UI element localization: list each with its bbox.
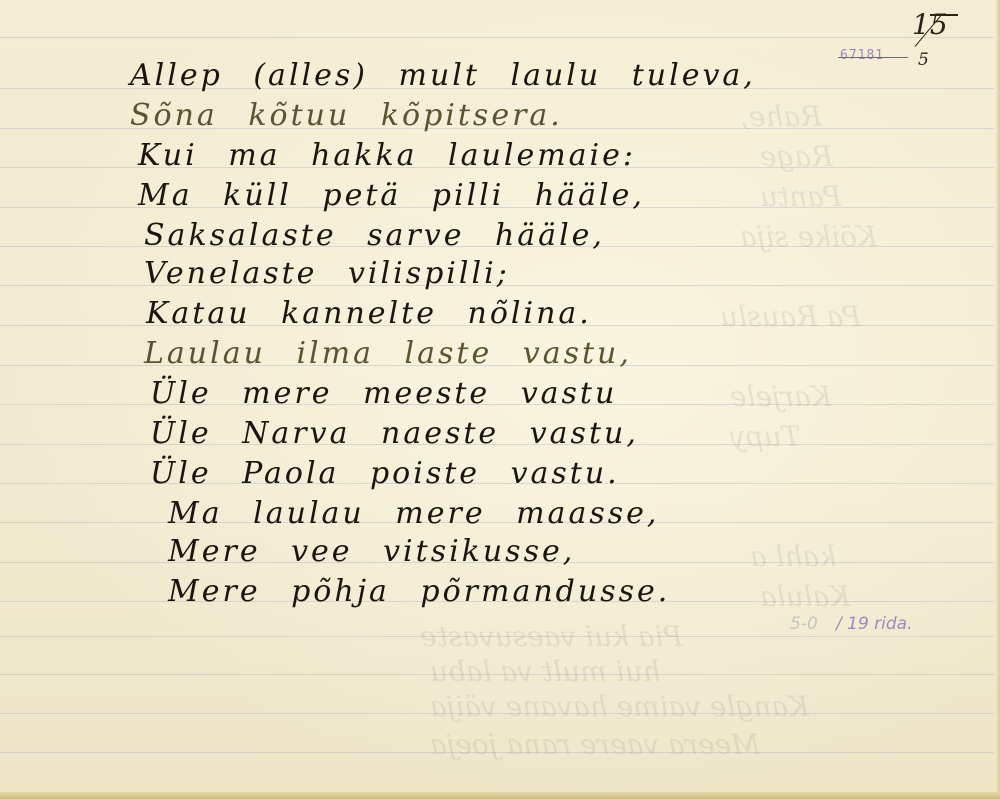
poem-line: Ma laulau mere maasse, bbox=[168, 496, 659, 531]
sub-number: 5 bbox=[918, 50, 929, 70]
poem-line: Üle Narva naeste vastu, bbox=[150, 416, 639, 451]
manuscript-page: Rahe, Rage Pantu Kõike sija Pa Rauslu Ka… bbox=[0, 0, 1000, 799]
poem-line: Laulau ilma laste vastu, bbox=[144, 336, 632, 371]
bleed-through-text: Karjele bbox=[730, 380, 832, 413]
bleed-through-text: Rage bbox=[760, 140, 833, 173]
bleed-through-text: Kangle vaime havane väija bbox=[430, 690, 809, 723]
poem-line: Saksalaste sarve hääle, bbox=[144, 218, 605, 253]
bleed-through-text: Pantu bbox=[760, 180, 842, 213]
poem-line: Üle mere meeste vastu bbox=[150, 376, 617, 411]
bleed-through-text: Pia kui vaesuvaste bbox=[420, 620, 682, 653]
poem-line: Mere põhja põrmandusse. bbox=[168, 574, 670, 609]
page-number: 15 bbox=[912, 8, 948, 41]
bleed-through-text: Meera vaere rana joeja bbox=[430, 728, 760, 761]
poem-line: Katau kannelte nõlina. bbox=[146, 296, 592, 331]
poem-line: Mere vee vitsikusse, bbox=[168, 534, 575, 569]
page-edge-right bbox=[996, 0, 1000, 799]
poem-line: Sõna kõtuu kõpitsera. bbox=[130, 98, 563, 133]
bleed-through-text: Rahe, bbox=[740, 100, 822, 133]
bleed-through-text: Kalula bbox=[760, 580, 850, 613]
poem-line: Venelaste vilispilli; bbox=[144, 256, 510, 291]
poem-line: Allep (alles) mult laulu tuleva, bbox=[130, 58, 756, 93]
poem-line: Ma küll petä pilli hääle, bbox=[138, 178, 645, 213]
pencil-note: / 19 rida. bbox=[836, 614, 913, 634]
page-edge-bottom bbox=[0, 792, 1000, 799]
pencil-note-prefix: 5-0 bbox=[790, 614, 818, 634]
bleed-through-text: Tupy bbox=[730, 420, 800, 453]
stamp-strikethrough bbox=[838, 57, 908, 58]
poem-line: Kui ma hakka laulemaie: bbox=[138, 138, 636, 173]
bleed-through-text: kahl a bbox=[750, 540, 836, 573]
ruled-line bbox=[0, 37, 994, 38]
bleed-through-text: hui mult va labu bbox=[430, 655, 661, 688]
archive-stamp: 67181 bbox=[840, 48, 884, 63]
poem-line: Üle Paola poiste vastu. bbox=[150, 456, 620, 491]
bleed-through-text: Pa Rauslu bbox=[720, 300, 861, 333]
bleed-through-text: Kõike sija bbox=[740, 220, 877, 253]
